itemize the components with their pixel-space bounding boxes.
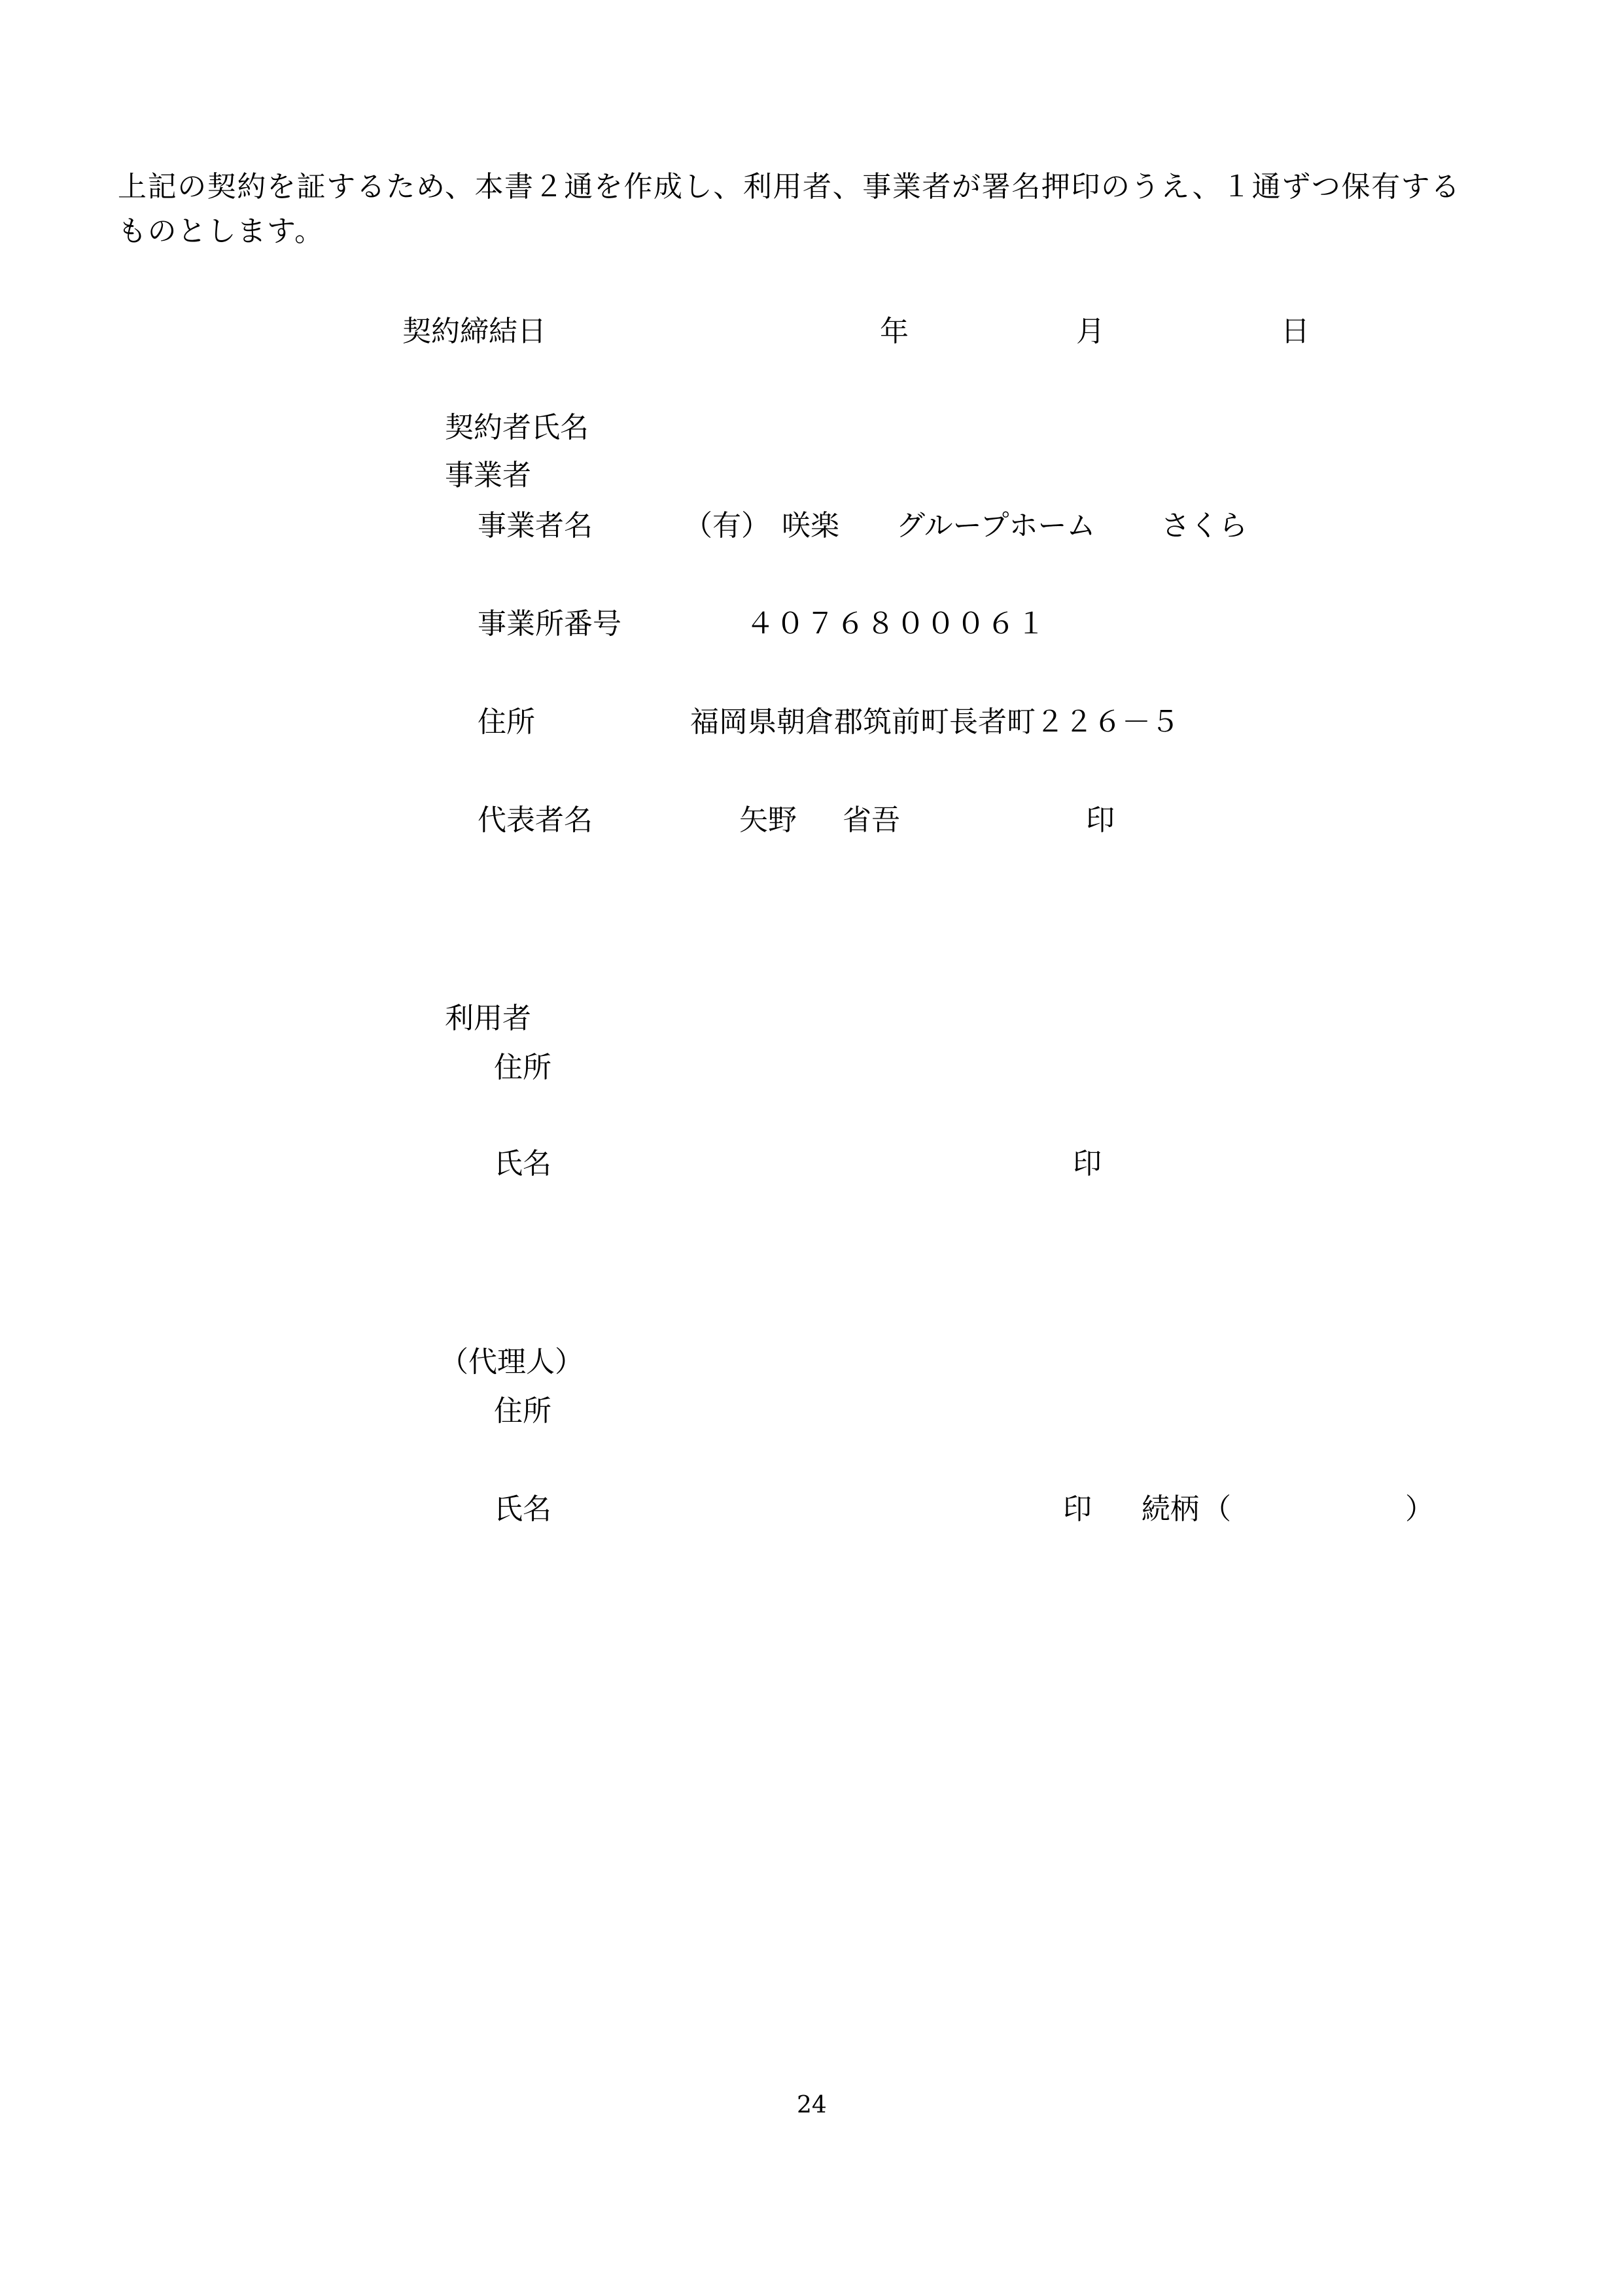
user-address-label: 住所 bbox=[494, 1050, 551, 1086]
provider-facility-name: さくら bbox=[1161, 508, 1248, 544]
relationship-close-paren: ） bbox=[1405, 1491, 1434, 1528]
provider-address-label: 住所 bbox=[478, 704, 535, 741]
agent-address-label: 住所 bbox=[494, 1393, 551, 1430]
month-label: 月 bbox=[1076, 313, 1105, 350]
relationship-open-paren: （ bbox=[1202, 1491, 1231, 1528]
relationship-label: 続柄 bbox=[1142, 1491, 1199, 1528]
provider-name-label: 事業者名 bbox=[478, 508, 593, 544]
provider-address-value: 福岡県朝倉郡筑前町長者町２２６－５ bbox=[690, 704, 1179, 741]
representative-given-name: 省吾 bbox=[843, 802, 900, 839]
provider-facility-type: グループホーム bbox=[896, 508, 1095, 544]
provider-seal-mark: 印 bbox=[1086, 802, 1115, 839]
intro-paragraph-line-2: ものとします。 bbox=[118, 213, 324, 250]
provider-company-type: （有） bbox=[684, 508, 770, 544]
user-seal-mark: 印 bbox=[1073, 1146, 1102, 1182]
representative-family-name: 矢野 bbox=[739, 802, 797, 839]
parties-heading: 契約者氏名 bbox=[445, 410, 589, 446]
intro-paragraph-line-1: 上記の契約を証するため、本書２通を作成し、利用者、事業者が署名押印のうえ、１通ず… bbox=[118, 169, 1461, 205]
year-label: 年 bbox=[880, 313, 909, 350]
provider-heading: 事業者 bbox=[445, 457, 531, 494]
office-number-value: ４０７６８０００６１ bbox=[746, 606, 1047, 643]
representative-label: 代表者名 bbox=[478, 802, 593, 839]
office-number-label: 事業所番号 bbox=[478, 606, 621, 643]
agent-heading: （代理人） bbox=[440, 1344, 584, 1381]
page-number: 24 bbox=[797, 2091, 827, 2120]
user-heading: 利用者 bbox=[445, 1000, 531, 1037]
user-name-label: 氏名 bbox=[494, 1146, 551, 1182]
agent-name-label: 氏名 bbox=[494, 1491, 551, 1528]
day-label: 日 bbox=[1281, 313, 1310, 350]
agent-seal-mark: 印 bbox=[1063, 1491, 1092, 1528]
provider-company-name: 咲楽 bbox=[782, 508, 839, 544]
contract-date-label: 契約締結日 bbox=[402, 313, 546, 350]
